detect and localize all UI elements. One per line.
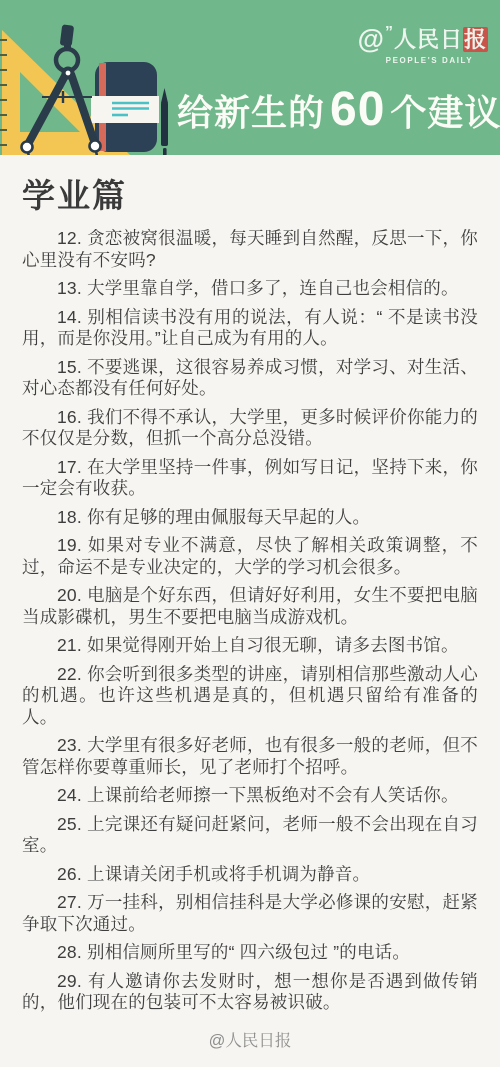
tip-item-12: 12. 贪恋被窝很温暖，每天睡到自然醒，反思一下，你心里没有不安吗?: [22, 228, 478, 271]
tip-item-16: 16. 我们不得不承认，大学里，更多时候评价你能力的不仅仅是分数，但抓一个高分总…: [22, 407, 478, 450]
tip-item-25: 25. 上完课还有疑问赶紧问，老师一般不会出现在自习室。: [22, 814, 478, 857]
title-number: 60: [330, 83, 385, 136]
at-icon: @: [358, 26, 384, 53]
infographic-page: 给新生的60个建议 @ ” 人民日报 PEOPLE'S DAILY 学业篇 12…: [0, 0, 500, 1067]
tip-item-13: 13. 大学里靠自学，借口多了，连自己也会相信的。: [22, 278, 478, 300]
tip-item-15: 15. 不要逃课，这很容易养成习惯，对学习、对生活、对心态都没有任何好处。: [22, 357, 478, 400]
tip-item-14: 14. 别相信读书没有用的说法，有人说：“ 不是读书没用，而是你没用。”让自己成…: [22, 307, 478, 350]
page-title: 给新生的60个建议: [177, 84, 500, 139]
tip-item-17: 17. 在大学里坚持一件事，例如写日记，坚持下来，你一定会有收获。: [22, 457, 478, 500]
section-title: 学业篇: [22, 178, 478, 214]
pen-icon: [161, 88, 168, 155]
tip-item-27: 27. 万一挂科，别相信挂科是大学必修课的安慰，赶紧争取下次通过。: [22, 892, 478, 935]
logo-name: 人民日报: [394, 29, 488, 51]
tips-section: 学业篇 12. 贪恋被窝很温暖，每天睡到自然醒，反思一下，你心里没有不安吗? 1…: [0, 155, 500, 1051]
peoples-daily-logo: @ ” 人民日报 PEOPLE'S DAILY: [358, 26, 488, 65]
tip-item-20: 20. 电脑是个好东西，但请好好利用，女生不要把电脑当成影碟机，男生不要把电脑当…: [22, 585, 478, 628]
tip-item-22: 22. 你会听到很多类型的讲座，请别相信那些激动人心的机遇。也许这些机遇是真的，…: [22, 664, 478, 729]
title-suffix: 个建议: [390, 92, 500, 133]
tip-item-26: 26. 上课请关闭手机或将手机调为静音。: [22, 864, 478, 886]
tip-item-21: 21. 如果觉得刚开始上自习很无聊，请多去图书馆。: [22, 635, 478, 657]
tip-item-24: 24. 上课前给老师擦一下黑板绝对不会有人笑话你。: [22, 785, 478, 807]
title-prefix: 给新生的: [177, 92, 325, 133]
tip-item-23: 23. 大学里有很多好老师，也有很多一般的老师，但不管怎样你要尊重师长，见了老师…: [22, 735, 478, 778]
logo-subtitle: PEOPLE'S DAILY: [386, 57, 488, 65]
logo-seal: 报: [463, 27, 488, 52]
tip-item-19: 19. 如果对专业不满意，尽快了解相关政策调整，不过，命运不是专业决定的，大学的…: [22, 535, 478, 578]
footer-credit: @人民日报: [22, 1027, 478, 1051]
stationery-illustration: [0, 0, 175, 155]
speech-quote-icon: ”: [385, 25, 393, 41]
tip-item-18: 18. 你有足够的理由佩服每天早起的人。: [22, 507, 478, 529]
header-banner: 给新生的60个建议 @ ” 人民日报 PEOPLE'S DAILY: [0, 0, 500, 155]
tip-item-28: 28. 别相信厕所里写的“ 四六级包过 ”的电话。: [22, 942, 478, 964]
notebook-icon: [91, 62, 159, 152]
tip-item-29: 29. 有人邀请你去发财时，想一想你是否遇到做传销的，他们现在的包装可不太容易被…: [22, 971, 478, 1014]
